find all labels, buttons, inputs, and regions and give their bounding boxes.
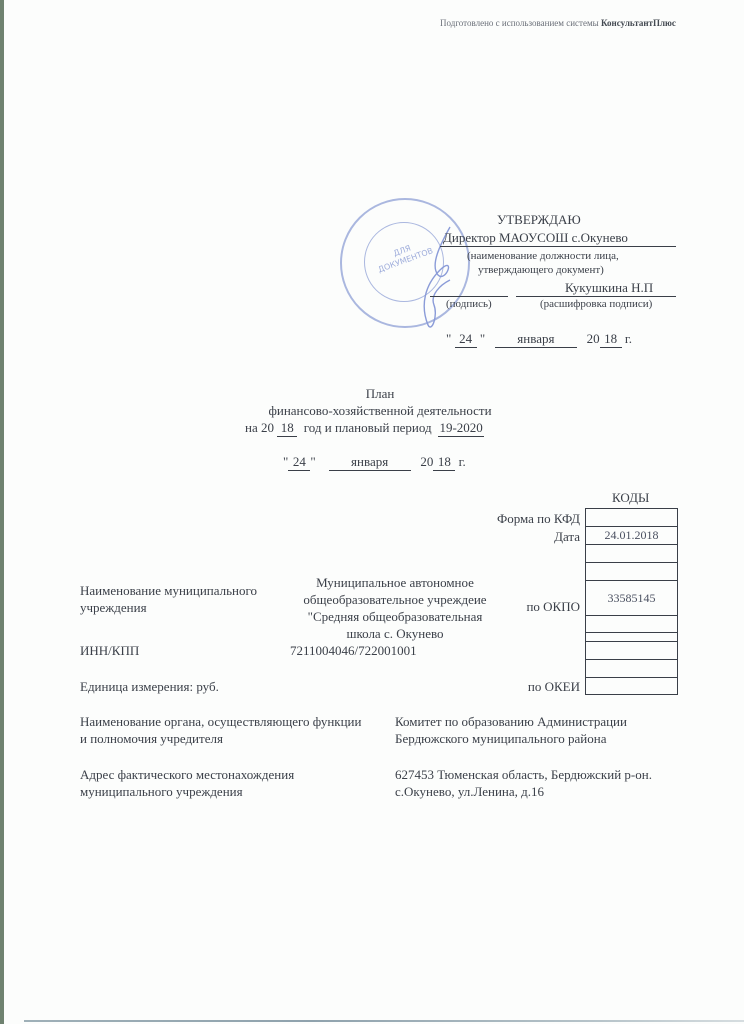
institution-value-3: "Средняя общеобразовательная [290, 609, 500, 625]
codes-table: 24.01.2018 33585145 [585, 508, 678, 695]
address-label-1: Адрес фактического местонахождения [80, 767, 294, 783]
founder-label-2: и полномочия учредителя [80, 731, 223, 747]
approval-year: 18 [600, 331, 622, 348]
signer-name: Кукушкина Н.П [565, 280, 653, 296]
position-line [440, 246, 676, 247]
consultant-plus-note: Подготовлено с использованием системы Ко… [440, 18, 676, 28]
code-empty-4 [586, 633, 678, 642]
plan-date: "24" января 2018 г. [283, 454, 466, 471]
founder-label-1: Наименование органа, осуществляющего фун… [80, 714, 361, 730]
date-label: Дата [470, 529, 580, 545]
scan-bottom-edge [24, 1020, 744, 1022]
address-value-1: 627453 Тюменская область, Бердюжский р-о… [395, 767, 652, 783]
approval-date: " 24 " января 2018 г. [446, 331, 632, 348]
code-empty-2 [586, 563, 678, 581]
plan-period-range: 19-2020 [438, 420, 484, 437]
code-okpo: 33585145 [586, 581, 678, 616]
code-empty-6 [586, 660, 678, 678]
institution-value-4: школа с. Окунево [290, 626, 500, 642]
code-date: 24.01.2018 [586, 527, 678, 545]
institution-value-1: Муниципальное автономное [290, 575, 500, 591]
name-caption: (расшифровка подписи) [540, 298, 652, 310]
address-value-2: с.Окунево, ул.Ленина, д.16 [395, 784, 544, 800]
signature-line [430, 296, 508, 297]
code-empty-1 [586, 545, 678, 563]
name-line [516, 296, 676, 297]
inn-kpp-value: 7211004046/722001001 [290, 643, 417, 659]
institution-label-1: Наименование муниципального [80, 583, 257, 599]
institution-label-2: учреждения [80, 600, 147, 616]
plan-subtitle: финансово-хозяйственной деятельности [230, 403, 530, 419]
code-empty-5 [586, 642, 678, 660]
plan-title: План [230, 386, 530, 402]
position-caption-2: утверждающего документ) [478, 264, 604, 276]
plan-year-date: 18 [433, 454, 455, 471]
founder-value-1: Комитет по образованию Администрации [395, 714, 627, 730]
approver-position: Директор МАОУСОШ с.Окунево [443, 230, 628, 246]
form-kfd-label: Форма по КФД [470, 511, 580, 527]
founder-value-2: Бердюжского муниципального района [395, 731, 606, 747]
codes-header: КОДЫ [612, 490, 649, 506]
scan-left-edge [0, 0, 4, 1024]
address-label-2: муниципального учреждения [80, 784, 243, 800]
code-okei [586, 678, 678, 695]
plan-day: 24 [288, 454, 310, 471]
consultant-plus-brand: КонсультантПлюс [601, 18, 676, 28]
code-empty-3 [586, 616, 678, 633]
unit-label: Единица измерения: руб. [80, 679, 219, 695]
plan-year: 18 [277, 420, 297, 437]
code-form-kfd [586, 509, 678, 527]
plan-period: на 20 18 год и плановый период 19-2020 [245, 420, 484, 437]
signature-caption: (подпись) [446, 298, 492, 310]
approval-month: января [495, 331, 577, 348]
approval-day: 24 [455, 331, 477, 348]
institution-value-2: общеобразовательное учреждеие [290, 592, 500, 608]
position-caption-1: (наименование должности лица, [467, 250, 619, 262]
plan-month: января [329, 454, 411, 471]
inn-kpp-label: ИНН/КПП [80, 643, 139, 659]
approval-title: УТВЕРЖДАЮ [497, 212, 581, 228]
okei-label: по ОКЕИ [470, 679, 580, 695]
